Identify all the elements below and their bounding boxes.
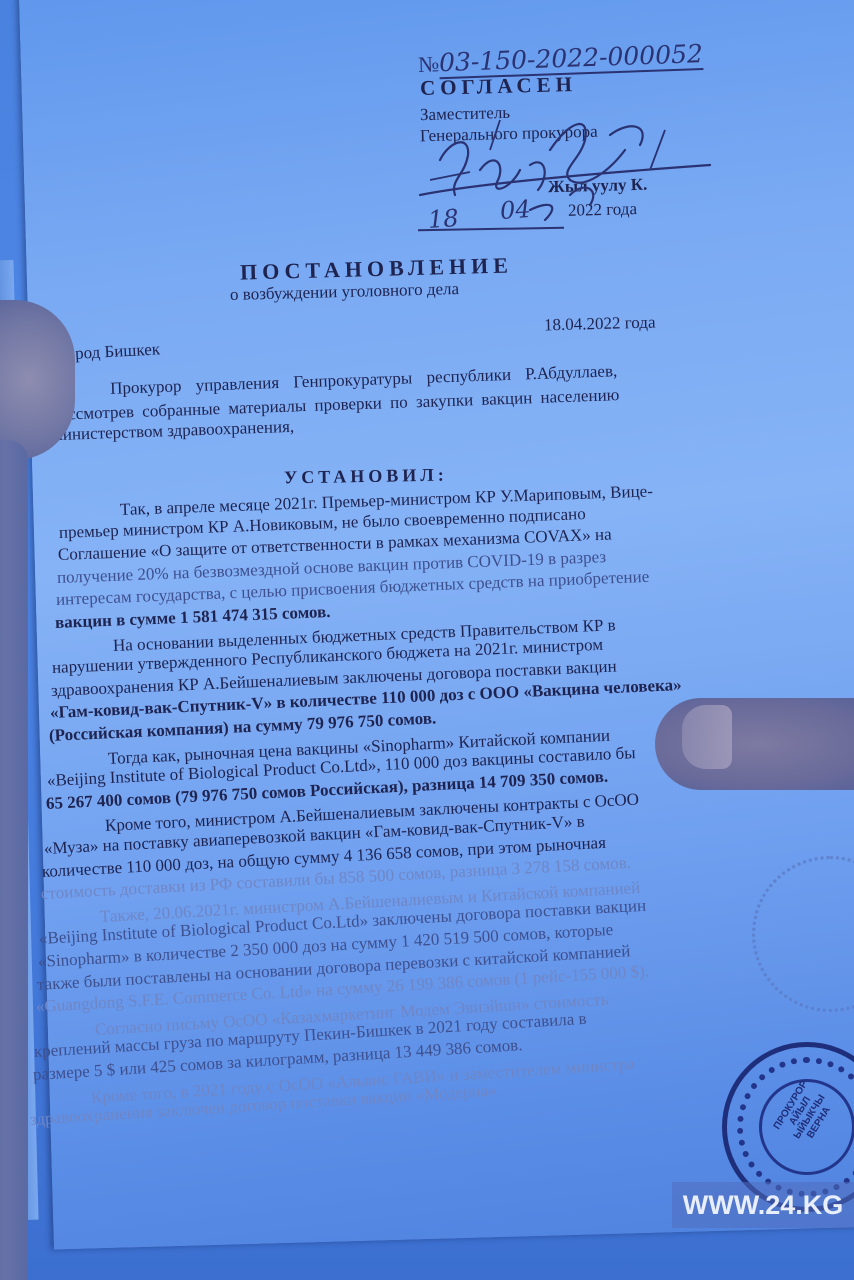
- watermark: WWW.24.KG: [672, 1182, 854, 1228]
- document-date: 18.04.2022 года: [544, 313, 656, 336]
- signature: [410, 110, 720, 240]
- thumbnail-nail: [682, 705, 732, 769]
- approval-title: СОГЛАСЕН: [420, 72, 578, 101]
- number-sign: №: [418, 51, 440, 77]
- section-heading: УСТАНОВИЛ:: [284, 465, 448, 489]
- faint-stamp: [752, 856, 854, 1012]
- document: №03-150-2022-000052 СОГЛАСЕН Заместитель…: [0, 0, 854, 1280]
- left-hand: [0, 440, 28, 1280]
